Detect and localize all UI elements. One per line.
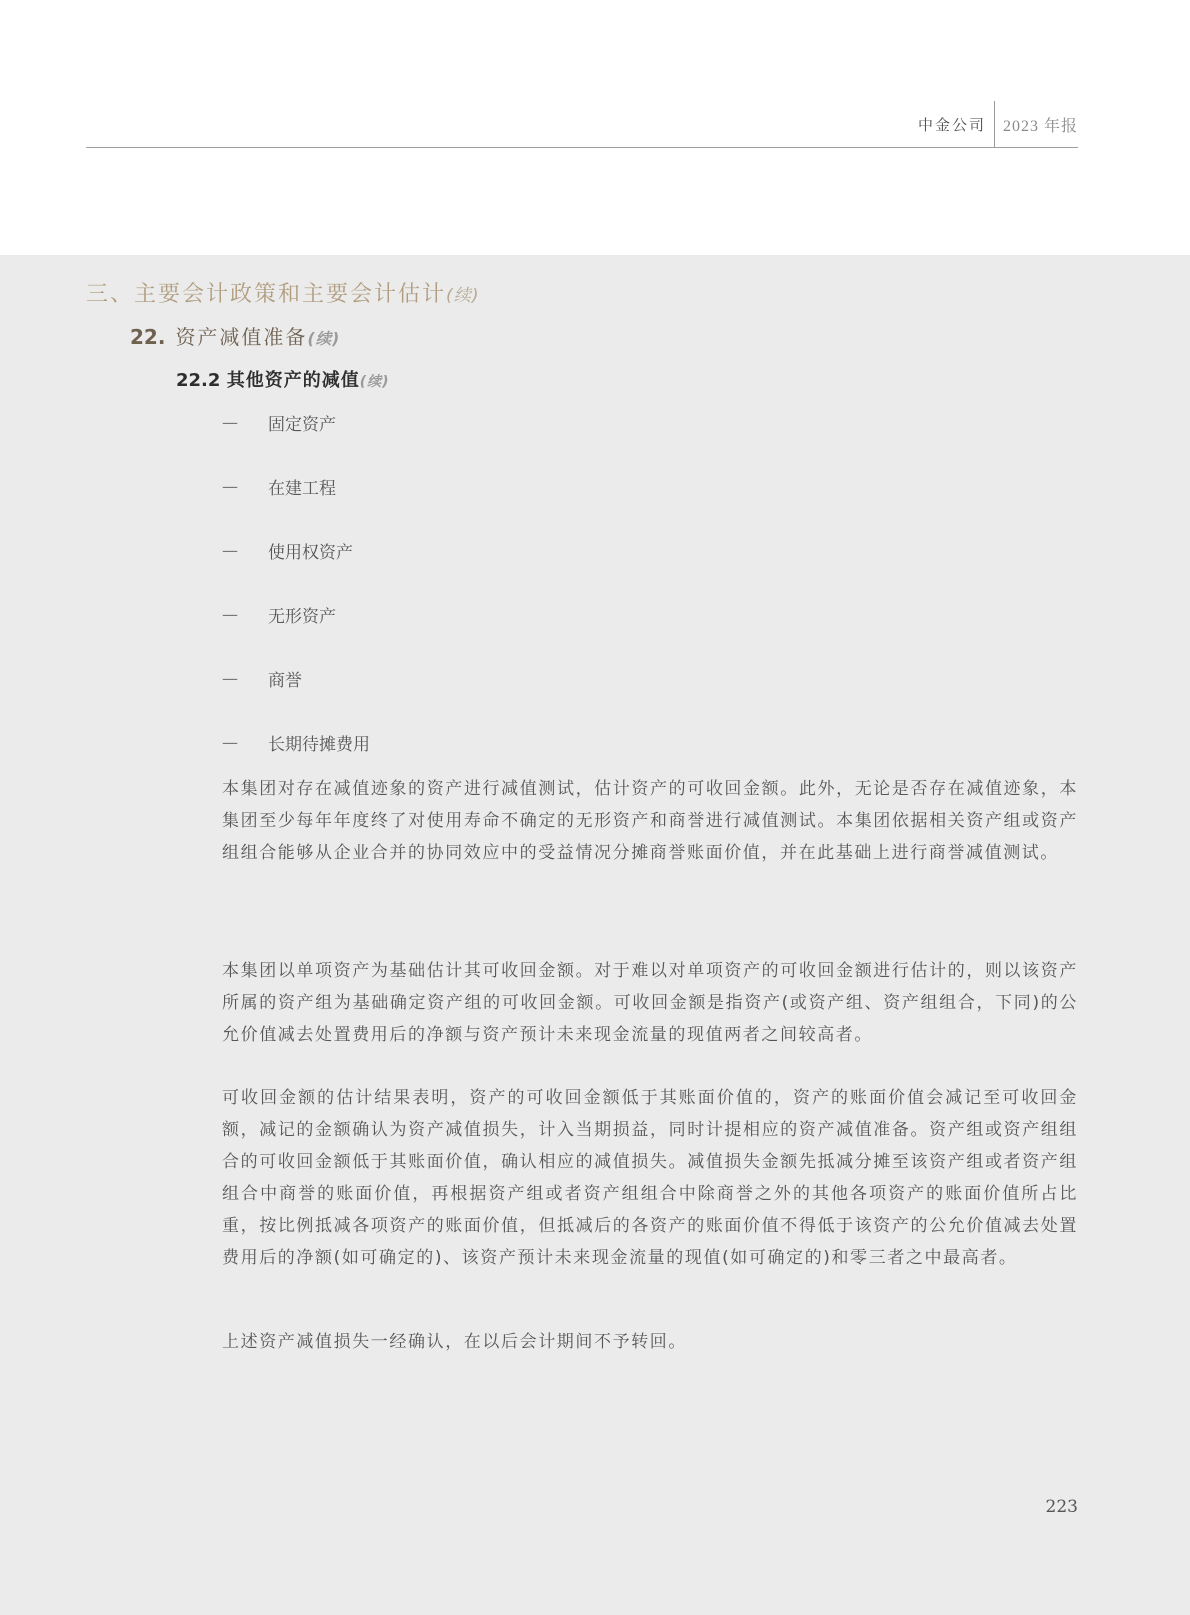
list-item: — 在建工程 [222, 474, 336, 498]
paragraph: 上述资产减值损失一经确认，在以后会计期间不予转回。 [222, 1326, 1078, 1358]
section-title: 三、主要会计政策和主要会计估计 [86, 282, 446, 307]
page-number: 223 [1046, 1497, 1078, 1517]
dash-bullet-icon: — [222, 669, 268, 688]
list-item-label: 使用权资产 [268, 538, 353, 563]
subsection-title: 资产减值准备 [175, 325, 307, 349]
report-title: 2023 年报 [1003, 113, 1078, 136]
list-item-label: 长期待摊费用 [268, 730, 370, 755]
list-item: — 长期待摊费用 [222, 730, 370, 754]
paragraph: 本集团对存在减值迹象的资产进行减值测试，估计资产的可收回金额。此外，无论是否存在… [222, 773, 1078, 869]
dash-bullet-icon: — [222, 541, 268, 560]
dash-bullet-icon: — [222, 605, 268, 624]
list-item: — 使用权资产 [222, 538, 353, 562]
header-rule [86, 147, 1078, 148]
list-item-label: 固定资产 [268, 410, 336, 435]
continued-label: (续) [446, 286, 480, 306]
content-area: 三、主要会计政策和主要会计估计(续) 22.资产减值准备(续) 22.2 其他资… [0, 255, 1190, 1615]
continued-label: (续) [360, 374, 390, 390]
subsection-heading: 22.资产减值准备(续) [130, 321, 340, 350]
running-header: 中金公司 2023 年报 [918, 100, 1078, 148]
continued-label: (续) [307, 330, 340, 348]
subsubsection-heading: 22.2 其他资产的减值(续) [176, 366, 390, 392]
list-item-label: 在建工程 [268, 474, 336, 499]
subsection-number: 22. [130, 325, 165, 349]
paragraph: 本集团以单项资产为基础估计其可收回金额。对于难以对单项资产的可收回金额进行估计的… [222, 955, 1078, 1051]
list-item: — 固定资产 [222, 410, 336, 434]
list-item-label: 商誉 [268, 666, 302, 691]
section-heading: 三、主要会计政策和主要会计估计(续) [86, 277, 480, 308]
subsubsection-title: 其他资产的减值 [227, 370, 360, 391]
list-item: — 无形资产 [222, 602, 336, 626]
paragraph: 可收回金额的估计结果表明，资产的可收回金额低于其账面价值的，资产的账面价值会减记… [222, 1082, 1078, 1274]
dash-bullet-icon: — [222, 733, 268, 752]
header-divider [994, 101, 995, 147]
dash-bullet-icon: — [222, 413, 268, 432]
page-top-area: 中金公司 2023 年报 [0, 0, 1190, 255]
company-name: 中金公司 [918, 114, 994, 135]
subsubsection-number: 22.2 [176, 370, 220, 391]
list-item-label: 无形资产 [268, 602, 336, 627]
list-item: — 商誉 [222, 666, 302, 690]
dash-bullet-icon: — [222, 477, 268, 496]
